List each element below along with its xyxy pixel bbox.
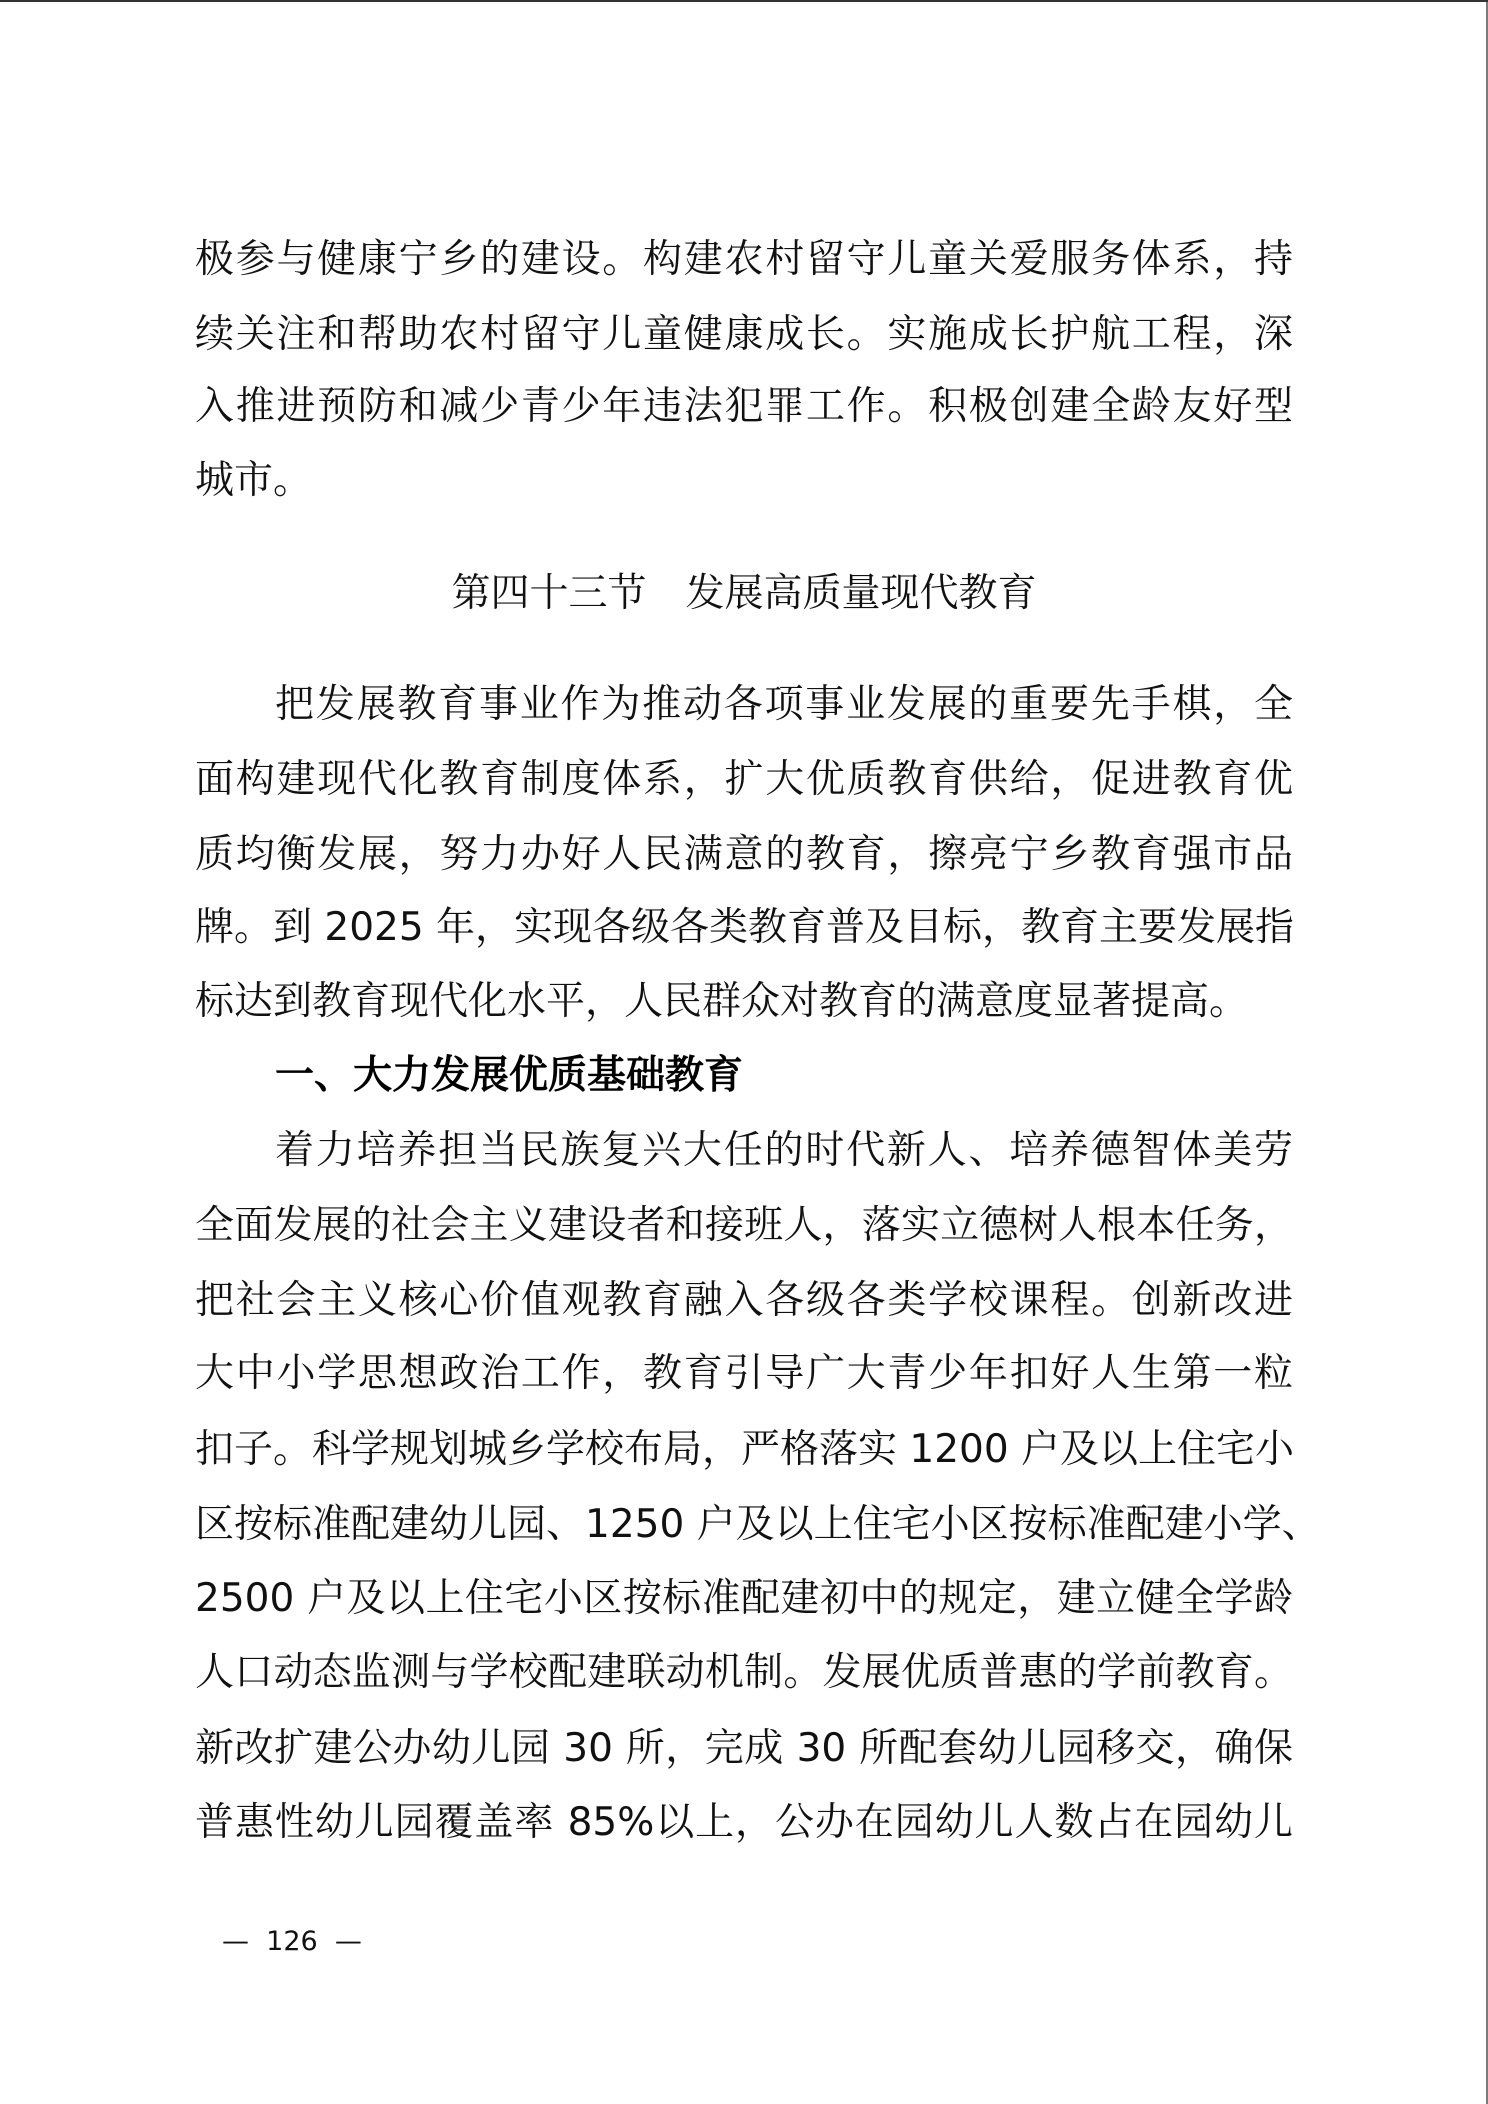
paragraph-line: 牌。到 2025 年，实现各级各类教育普及目标，教育主要发展指 — [195, 900, 1293, 956]
document-page: 极参与健康宁乡的建设。构建农村留守儿童关爱服务体系，持 续关注和帮助农村留守儿童… — [0, 0, 1488, 2104]
paragraph-line: 新改扩建公办幼儿园 30 所，完成 30 所配套幼儿园移交，确保 — [195, 1721, 1293, 1777]
paragraph-line: 大中小学思想政治工作，教育引导广大青少年扣好人生第一粒 — [195, 1346, 1293, 1402]
paragraph-line: 面构建现代化教育制度体系，扩大优质教育供给，促进教育优 — [195, 752, 1293, 808]
paragraph-line: 2500 户及以上住宅小区按标准配建初中的规定，建立健全学龄 — [195, 1571, 1293, 1627]
paragraph-line: 续关注和帮助农村留守儿童健康成长。实施成长护航工程，深 — [195, 307, 1293, 363]
paragraph-line: 把社会主义核心价值观教育融入各级各类学校课程。创新改进 — [195, 1273, 1293, 1329]
paragraph-line: 标达到教育现代化水平，人民群众对教育的满意度显著提高。 — [195, 974, 1293, 1030]
paragraph-line: 极参与健康宁乡的建设。构建农村留守儿童关爱服务体系，持 — [195, 232, 1293, 288]
paragraph-line: 城市。 — [195, 453, 1293, 509]
paragraph-line: 人口动态监测与学校配建联动机制。发展优质普惠的学前教育。 — [195, 1645, 1293, 1701]
paragraph-line: 普惠性幼儿园覆盖率 85%以上，公办在园幼儿人数占在园幼儿 — [195, 1795, 1293, 1851]
page-number: — 126 — — [222, 1924, 362, 1960]
paragraph-line: 把发展教育事业作为推动各项事业发展的重要先手棋，全 — [275, 677, 1293, 733]
paragraph-line: 入推进预防和减少青少年违法犯罪工作。积极创建全龄友好型 — [195, 379, 1293, 435]
subheading: 一、大力发展优质基础教育 — [275, 1048, 743, 1104]
paragraph-line: 区按标准配建幼儿园、1250 户及以上住宅小区按标准配建小学、 — [195, 1497, 1293, 1553]
paragraph-line: 扣子。科学规划城乡学校布局，严格落实 1200 户及以上住宅小 — [195, 1422, 1293, 1478]
section-title: 第四十三节 发展高质量现代教育 — [195, 566, 1293, 622]
paragraph-line: 着力培养担当民族复兴大任的时代新人、培养德智体美劳 — [275, 1123, 1293, 1179]
paragraph-line: 全面发展的社会主义建设者和接班人，落实立德树人根本任务， — [195, 1198, 1293, 1254]
paragraph-line: 质均衡发展，努力办好人民满意的教育，擦亮宁乡教育强市品 — [195, 827, 1293, 883]
